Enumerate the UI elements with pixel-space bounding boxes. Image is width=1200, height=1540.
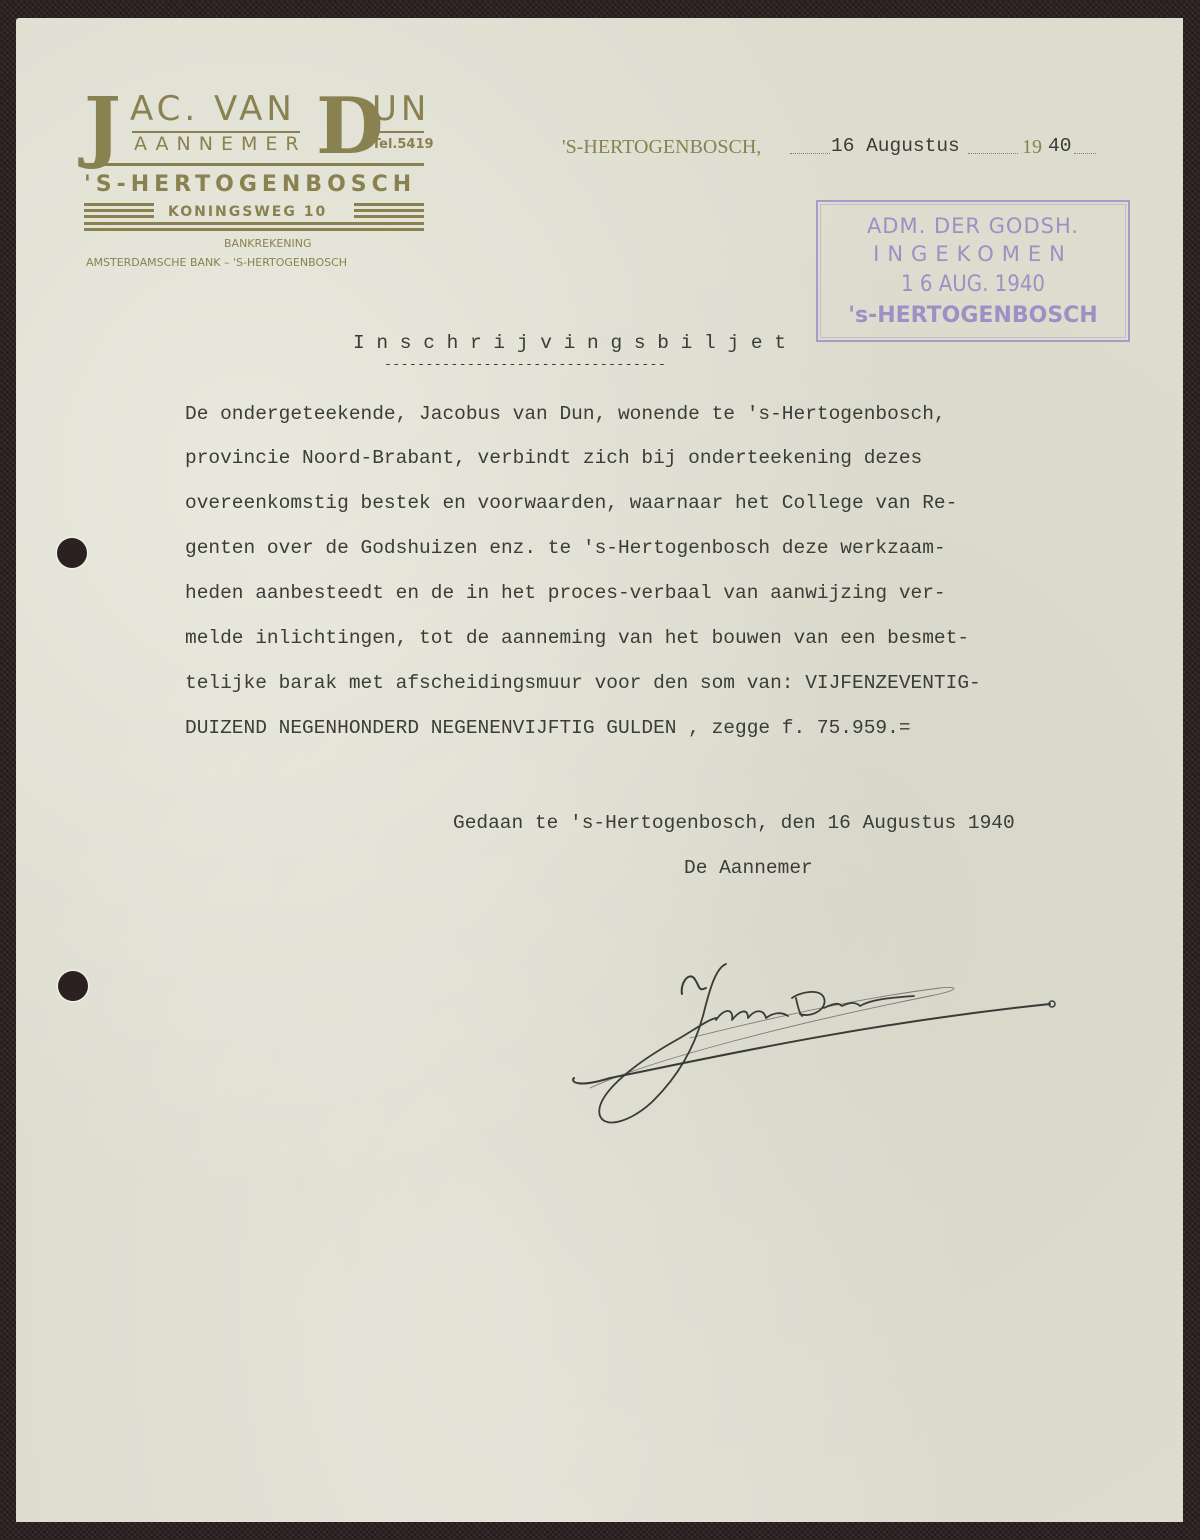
- stamp-date: 1 6 AUG. 1940: [818, 274, 1128, 296]
- title-underline: ----------------------------------: [384, 357, 666, 372]
- dateline-city: 'S-HERTOGENBOSCH,: [562, 136, 761, 159]
- letterhead-rule: [372, 131, 424, 133]
- letterhead-rule: [84, 209, 154, 212]
- signatory-role: De Aannemer: [684, 857, 813, 879]
- letterhead-bank-label: BANKREKENING: [224, 237, 312, 250]
- received-stamp: ADM. DER GODSH. INGEKOMEN 1 6 AUG. 1940 …: [816, 200, 1130, 342]
- body-line: provincie Noord-Brabant, verbindt zich b…: [185, 447, 922, 469]
- dateline-day-month: 16 Augustus: [831, 135, 960, 157]
- stamp-line-admin: ADM. DER GODSH.: [818, 216, 1128, 237]
- letterhead-bank-name: AMSTERDAMSCHE BANK – 'S-HERTOGENBOSCH: [86, 256, 347, 269]
- letterhead-rule: [84, 222, 424, 225]
- letterhead-telephone: Tel.5419: [372, 137, 434, 152]
- dateline-year-prefix: 19: [1022, 136, 1042, 159]
- dateline-year-suffix: 40: [1048, 135, 1071, 157]
- letterhead-rule: [354, 203, 424, 206]
- letterhead-street: KONINGSWEG 10: [168, 204, 327, 220]
- stamp-city: 's-HERTOGENBOSCH: [818, 305, 1128, 327]
- letterhead-rule: [84, 215, 154, 218]
- punch-hole: [58, 971, 88, 1001]
- body-line: telijke barak met afscheidingsmuur voor …: [185, 672, 981, 694]
- letterhead-rule: [84, 228, 424, 231]
- body-line: heden aanbesteedt en de in het proces-ve…: [185, 582, 946, 604]
- letterhead-initial-j: J: [84, 88, 121, 166]
- punch-hole: [57, 538, 87, 568]
- letterhead-name: AC. VAN: [130, 92, 296, 126]
- body-line: DUIZEND NEGENHONDERD NEGENENVIJFTIG GULD…: [185, 717, 911, 739]
- letterhead-rule: [354, 209, 424, 212]
- letterhead-rule: [354, 215, 424, 218]
- closing-place-date: Gedaan te 's-Hertogenbosch, den 16 Augus…: [453, 812, 1015, 834]
- dotted-line: [1074, 153, 1096, 154]
- stamp-line-received: INGEKOMEN: [818, 244, 1128, 265]
- dotted-line: [968, 153, 1018, 154]
- document-title: I n s c h r i j v i n g s b i l j e t: [353, 332, 786, 354]
- body-line: overeenkomstig bestek en voorwaarden, wa…: [185, 492, 957, 514]
- body-line: melde inlichtingen, tot de aanneming van…: [185, 627, 969, 649]
- letterhead-profession: AANNEMER: [134, 135, 307, 154]
- body-line: De ondergeteekende, Jacobus van Dun, won…: [185, 403, 946, 425]
- letterhead-rule: [84, 203, 154, 206]
- body-line: genten over de Godshuizen enz. te 's-Her…: [185, 537, 946, 559]
- letterhead-city: 'S-HERTOGENBOSCH: [84, 172, 416, 197]
- letterhead-rule: [84, 163, 424, 166]
- letter-page: J AC. VAN AANNEMER D UN Tel.5419 'S-HERT…: [16, 18, 1183, 1522]
- letterhead-name-tail: UN: [372, 92, 430, 126]
- dotted-line: [790, 153, 830, 154]
- signature: [530, 948, 1090, 1128]
